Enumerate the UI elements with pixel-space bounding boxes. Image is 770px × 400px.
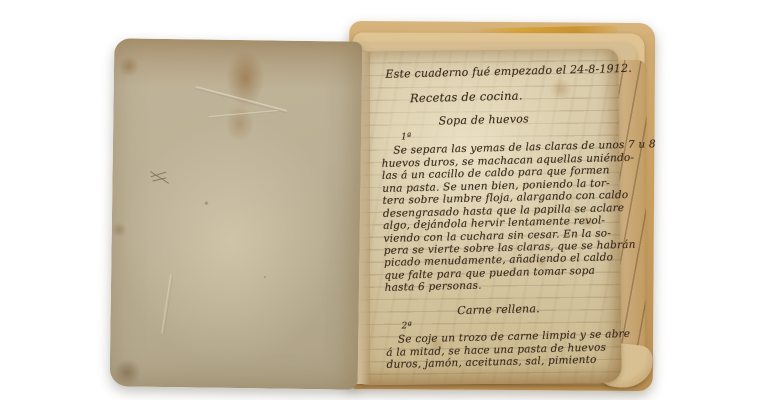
recipe1-body: Se separa las yemas de las claras de uno… <box>381 139 623 294</box>
notebook-photo: Este cuaderno fué empezado el 24-8-1912.… <box>0 0 770 400</box>
paper-crease <box>195 86 288 113</box>
recipe1-title: Sopa de huevos <box>438 111 618 128</box>
paper-crease <box>208 110 278 118</box>
recipe2-body: Se coje un trozo de carne limpia y se ab… <box>386 328 625 371</box>
pencil-scribble-mark <box>148 171 174 189</box>
paper-crease <box>161 274 173 334</box>
left-page <box>110 38 363 389</box>
manuscript-text: Este cuaderno fué empezado el 24-8-1912.… <box>379 63 624 371</box>
recipe2-title: Carne rellena. <box>457 301 623 318</box>
section-title: Recetas de cocina. <box>410 88 618 106</box>
